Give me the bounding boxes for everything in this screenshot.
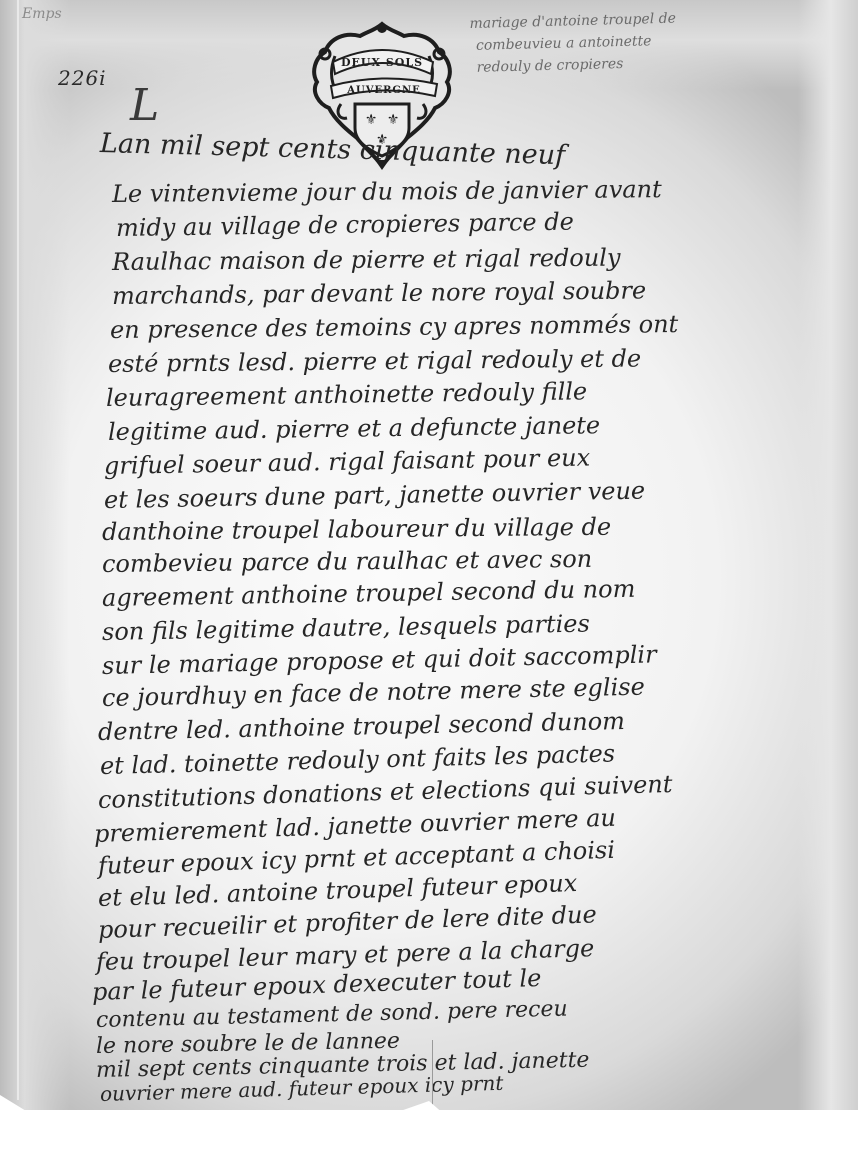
svg-text:AUVERGNE: AUVERGNE [346,85,420,96]
manuscript-line: Le vintenvieme jour du mois de janvier a… [112,175,662,208]
paper-shading-right [798,0,858,1157]
manuscript-page: Emps 226i mariage d'antoine troupel de c… [0,0,858,1157]
page-number: 226i [58,66,107,90]
manuscript-line: en presence des temoins cy apres nommés … [110,310,679,344]
manuscript-line: marchands, par devant le nore royal soub… [112,276,646,310]
paper-shading-left [0,0,70,1157]
manuscript-line: Lan mil sept cents cinquante neuf [100,128,566,171]
margin-annotation: mariage d'antoine troupel de combeuvieu … [469,3,851,79]
manuscript-line: danthoine troupel laboureur du village d… [102,513,611,546]
corner-note: Emps [22,6,62,22]
manuscript-line: ce jourdhuy en face de notre mere ste eg… [102,673,645,712]
manuscript-line: son fils legitime dautre, lesquels parti… [102,609,590,646]
svg-text:DEUX SOLS: DEUX SOLS [341,56,423,69]
manuscript-line: agreement anthoine troupel second du nom [102,575,636,612]
manuscript-line: Raulhac maison de pierre et rigal redoul… [112,244,621,276]
margin-fold [17,0,19,1100]
manuscript-line: legitime aud. pierre et a defuncte janet… [108,411,601,446]
scan-background [0,1110,858,1157]
manuscript-line: midy au village de cropieres parce de [116,208,574,242]
manuscript-line: et les soeurs dune part, janette ouvrier… [104,477,646,514]
svg-text:⚜: ⚜ [387,112,400,128]
manuscript-line: grifuel soeur aud. rigal faisant pour eu… [104,444,591,480]
svg-text:⚜: ⚜ [365,112,378,128]
manuscript-line: esté prnts lesd. pierre et rigal redouly… [108,344,641,378]
initial-flourish: L [130,80,159,131]
manuscript-line: leuragreement anthoinette redouly fille [106,377,588,412]
manuscript-line: combevieu parce du raulhac et avec son [102,545,592,578]
